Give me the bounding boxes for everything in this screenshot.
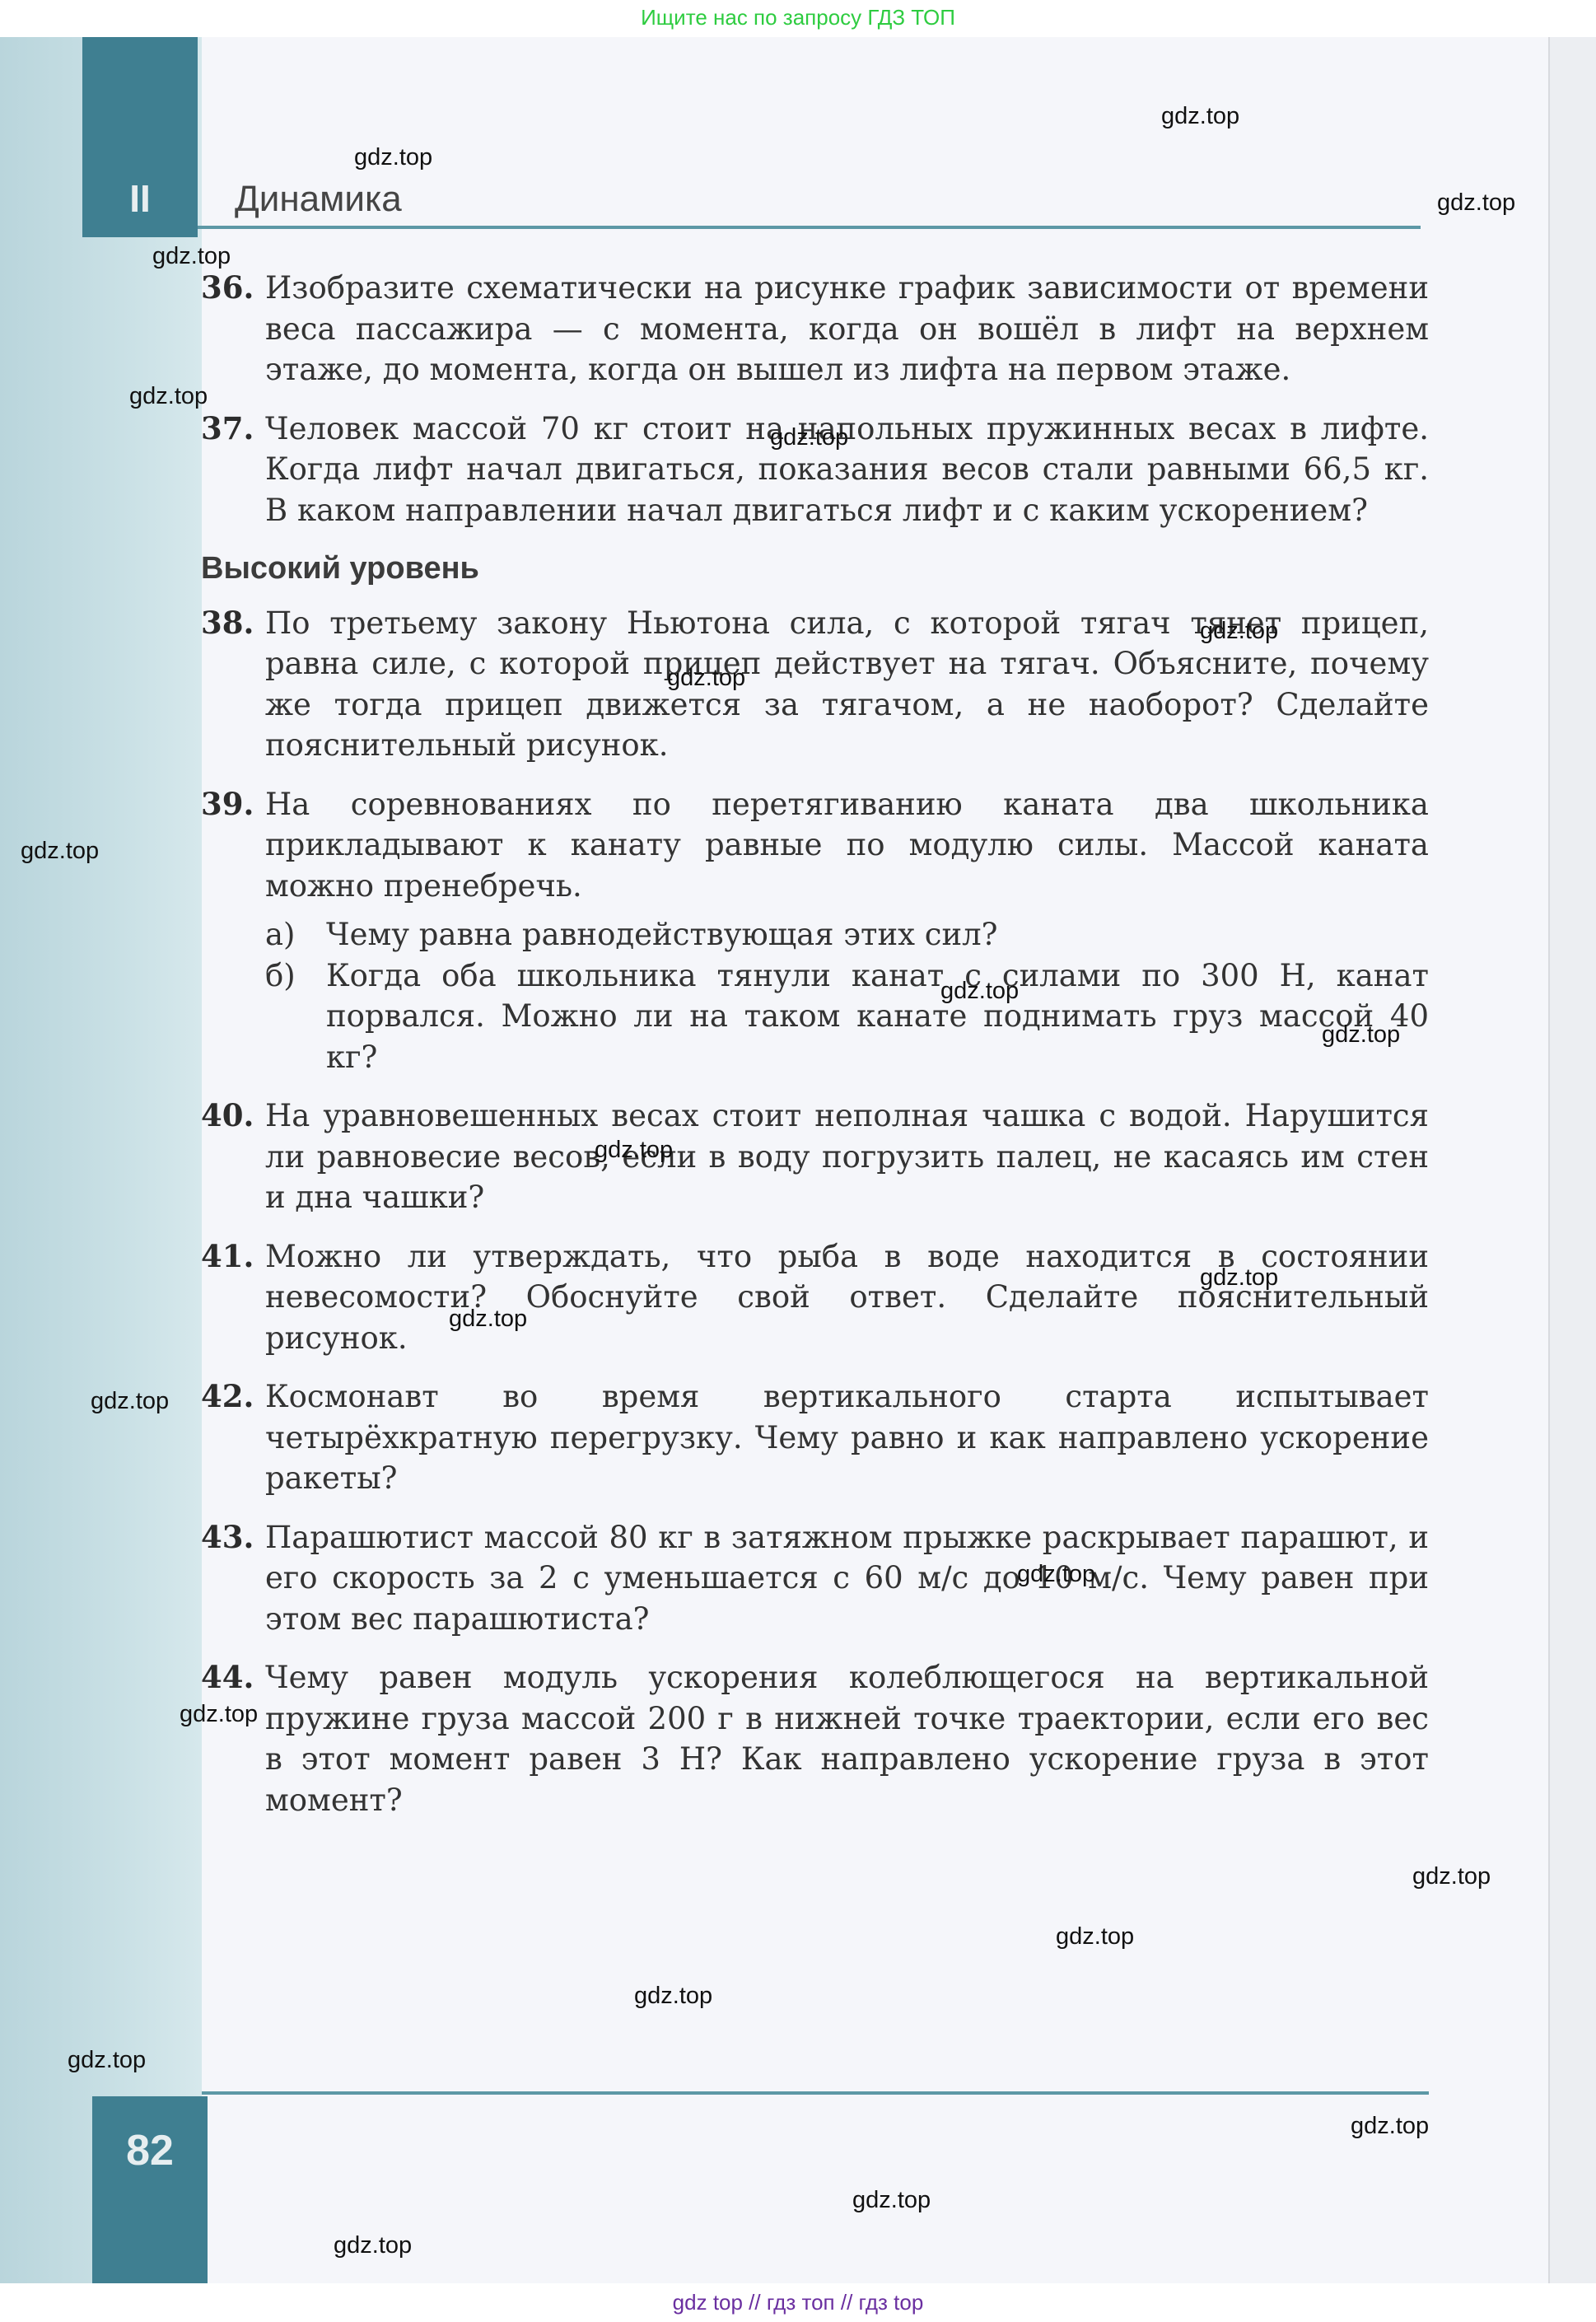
problems-content: 36. Изобразите схематически на рисунке г… — [198, 268, 1429, 1838]
chapter-badge: II — [82, 37, 198, 237]
subquestion-letter: а) — [265, 914, 296, 955]
footer-divider — [202, 2091, 1429, 2095]
watermark: gdz.top — [1351, 2113, 1429, 2140]
header-divider — [198, 226, 1421, 229]
problem-text: Изобразите схематически на рисунке графи… — [265, 270, 1429, 387]
top-banner: Ищите нас по запросу ГДЗ ТОП — [0, 0, 1596, 37]
problem-number: 41. — [201, 1236, 254, 1278]
watermark: gdz.top — [595, 1137, 673, 1164]
watermark: gdz.top — [129, 383, 208, 410]
problem-number: 44. — [201, 1657, 254, 1698]
chapter-number: II — [82, 176, 198, 221]
subquestion-letter: б) — [265, 955, 296, 997]
textbook-page: II Динамика 36. Изобразите схематически … — [0, 37, 1596, 2283]
problem-text: Парашютист массой 80 кг в затяжном прыжк… — [265, 1520, 1429, 1637]
watermark: gdz.top — [1412, 1863, 1491, 1890]
problem-text: Космонавт во время вертикального старта … — [265, 1379, 1429, 1496]
page-number: 82 — [92, 2126, 208, 2175]
problem-41: 41. Можно ли утверждать, что рыба в воде… — [198, 1236, 1429, 1359]
watermark: gdz.top — [1200, 1264, 1278, 1292]
watermark: gdz.top — [180, 1701, 258, 1728]
chapter-title: Динамика — [235, 179, 402, 220]
page-margin-strip — [0, 37, 202, 2283]
level-heading: Высокий уровень — [201, 549, 1429, 590]
problem-42: 42. Космонавт во время вертикального ста… — [198, 1376, 1429, 1499]
problem-number: 39. — [201, 784, 254, 825]
problem-text: Чему равен модуль ускорения колеблющегос… — [265, 1660, 1429, 1818]
page-number-badge: 82 — [92, 2096, 208, 2283]
watermark: gdz.top — [1437, 189, 1515, 217]
problem-text: На уравновешенных весах стоит неполная ч… — [265, 1098, 1429, 1215]
problem-number: 37. — [201, 409, 254, 450]
subquestions: а) Чему равна равнодействующая этих сил?… — [265, 914, 1429, 1077]
problem-36: 36. Изобразите схематически на рисунке г… — [198, 268, 1429, 390]
watermark: gdz.top — [449, 1306, 527, 1333]
page-edge — [1548, 37, 1596, 2283]
watermark: gdz.top — [667, 665, 745, 692]
watermark: gdz.top — [1200, 618, 1278, 645]
watermark: gdz.top — [1056, 1923, 1134, 1951]
watermark: gdz.top — [1161, 103, 1239, 130]
problem-number: 43. — [201, 1517, 254, 1558]
problem-44: 44. Чему равен модуль ускорения колеблющ… — [198, 1657, 1429, 1820]
watermark: gdz.top — [68, 2047, 146, 2074]
problem-number: 42. — [201, 1376, 254, 1418]
watermark: gdz.top — [770, 424, 848, 451]
watermark: gdz.top — [940, 978, 1019, 1005]
watermark: gdz.top — [152, 243, 231, 270]
problem-43: 43. Парашютист массой 80 кг в затяжном п… — [198, 1517, 1429, 1640]
subquestion-b: б) Когда оба школьника тянули канат с си… — [265, 955, 1429, 1078]
problem-number: 36. — [201, 268, 254, 309]
problem-text: На соревнованиях по перетягиванию каната… — [265, 787, 1429, 904]
watermark: gdz.top — [91, 1388, 169, 1415]
watermark: gdz.top — [852, 2187, 931, 2214]
problem-number: 38. — [201, 603, 254, 644]
watermark: gdz.top — [354, 144, 432, 171]
problem-number: 40. — [201, 1096, 254, 1137]
subquestion-text: Чему равна равнодействующая этих сил? — [326, 917, 997, 952]
problem-39: 39. На соревнованиях по перетягиванию ка… — [198, 784, 1429, 1078]
subquestion-a: а) Чему равна равнодействующая этих сил? — [265, 914, 1429, 955]
footer-banner: gdz top // гдз топ // гдз top — [0, 2283, 1596, 2322]
problem-40: 40. На уравновешенных весах стоит неполн… — [198, 1096, 1429, 1218]
problem-text: Можно ли утверждать, что рыба в воде нах… — [265, 1239, 1429, 1356]
watermark: gdz.top — [1322, 1021, 1400, 1049]
watermark: gdz.top — [21, 838, 99, 865]
watermark: gdz.top — [1017, 1561, 1095, 1588]
watermark: gdz.top — [634, 1983, 712, 2010]
watermark: gdz.top — [334, 2232, 412, 2259]
subquestion-text: Когда оба школьника тянули канат с силам… — [326, 958, 1429, 1075]
